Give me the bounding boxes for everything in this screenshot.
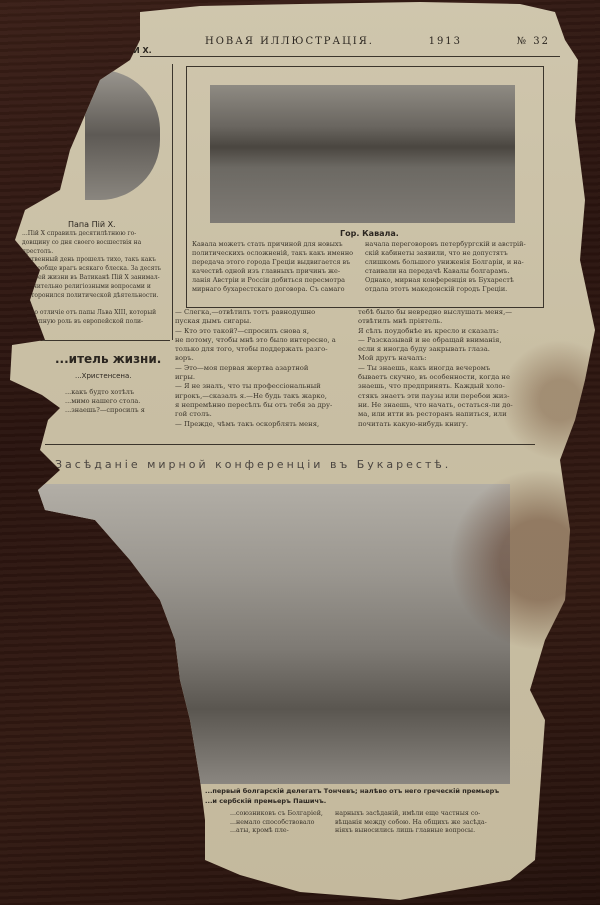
story-title: ...итель жизни. [55,352,161,366]
pope-bottom-rule [40,340,170,341]
pope-photo-caption: Папа Пій Х. [68,220,116,229]
issue-number: № 32 [517,36,550,52]
conference-caption-line2: ...и сербскій премьеръ Пашичъ. [205,797,326,805]
conference-caption-line1: ...первый болгарскій делегатъ Тончевъ; н… [205,787,499,795]
conference-photo [30,484,510,784]
publication-name: НОВАЯ ИЛЛЮСТРАЦІЯ. [205,36,374,52]
kavala-caption: Гор. Кавала. [340,229,399,238]
story-text-col2: тебѣ было бы невредно выслушать меня,— о… [358,308,548,429]
masthead-rule [140,56,560,57]
masthead: НОВАЯ ИЛЛЮСТРАЦІЯ. 1913 № 32 [205,36,550,52]
conference-text-col2: нарныхъ засѣданій, имѣли еще частныя со-… [335,810,515,836]
kavala-text-col2: начала переговоровъ петербургскій и авст… [365,240,537,294]
story-left-fragment: ...какъ будто хотѣлъ ...мимо нашего стол… [65,388,175,415]
conference-headline: Засѣданіе мирной конференціи въ Букарест… [55,458,451,471]
pope-article-text: ...Пій Х справилъ десятилѣтнюю го- довщи… [22,230,167,327]
story-text-col1: — Слегка,—отвѣтилъ тотъ равнодушно пуска… [175,308,355,429]
publication-year: 1913 [429,36,462,52]
pope-photo [85,70,160,200]
torn-newspaper-page: НОВАЯ ИЛЛЮСТРАЦІЯ. 1913 № 32 ІЙ Х. Папа … [0,0,600,905]
column-divider [172,64,173,340]
kavala-text-col1: Кавала можетъ стать причиной для новыхъ … [192,240,364,294]
conference-top-rule [45,444,535,445]
kavala-photo [210,85,515,223]
story-author: ...Христенсена. [75,372,132,380]
pope-partial-heading: ІЙ Х. [130,46,152,55]
